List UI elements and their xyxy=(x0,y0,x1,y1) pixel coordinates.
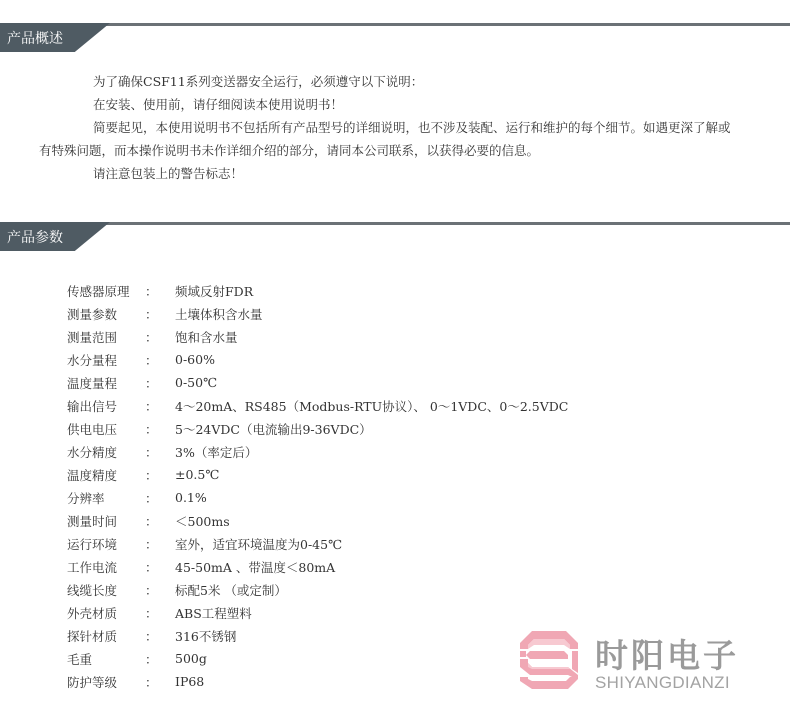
parameter-separator: ： xyxy=(143,420,175,438)
parameter-row: 工作电流：45-50mA 、带温度＜80mA xyxy=(67,555,568,578)
parameter-separator: ： xyxy=(143,466,175,484)
parameter-row: 供电电压：5～24VDC（电流输出9-36VDC） xyxy=(67,417,568,440)
parameter-value: 频域反射FDR xyxy=(175,282,253,300)
parameter-value: ABS工程塑料 xyxy=(175,604,252,622)
parameter-label: 传感器原理 xyxy=(67,282,143,300)
header-rule xyxy=(0,23,790,26)
parameter-label: 测量时间 xyxy=(67,512,143,530)
parameter-separator: ： xyxy=(143,443,175,461)
parameter-row: 水分量程：0-60% xyxy=(67,348,568,371)
parameter-value: 45-50mA 、带温度＜80mA xyxy=(175,558,335,576)
parameter-value: 5～24VDC（电流输出9-36VDC） xyxy=(175,420,372,438)
parameter-label: 分辨率 xyxy=(67,489,143,507)
parameter-value: IP68 xyxy=(175,674,204,689)
overview-paragraph: 请注意包装上的警告标志！ xyxy=(66,162,734,185)
parameter-value: 饱和含水量 xyxy=(175,328,238,346)
parameter-label: 水分量程 xyxy=(67,351,143,369)
parameter-value: 土壤体积含水量 xyxy=(175,305,263,323)
parameter-separator: ： xyxy=(143,673,175,691)
parameter-separator: ： xyxy=(143,604,175,622)
overview-paragraph: 在安装、使用前，请仔细阅读本使用说明书！ xyxy=(66,93,734,116)
parameter-separator: ： xyxy=(143,581,175,599)
section-title: 产品参数 xyxy=(7,227,63,247)
parameter-label: 测量参数 xyxy=(67,305,143,323)
parameter-label: 毛重 xyxy=(67,650,143,668)
parameter-row: 温度量程：0-50℃ xyxy=(67,371,568,394)
parameter-value: ＜500ms xyxy=(175,512,230,530)
parameter-separator: ： xyxy=(143,282,175,300)
parameter-label: 温度量程 xyxy=(67,374,143,392)
parameter-value: 0.1% xyxy=(175,490,207,505)
parameter-separator: ： xyxy=(143,535,175,553)
parameter-value: 4～20mA、RS485（Modbus-RTU协议）、 0～1VDC、0～2.5… xyxy=(175,397,568,415)
logo-s-icon xyxy=(518,629,580,691)
parameter-row: 分辨率：0.1% xyxy=(67,486,568,509)
parameter-label: 测量范围 xyxy=(67,328,143,346)
parameter-label: 温度精度 xyxy=(67,466,143,484)
parameter-row: 探针材质：316不锈钢 xyxy=(67,624,568,647)
parameter-value: 标配5米 （或定制） xyxy=(175,581,287,599)
parameter-row: 外壳材质：ABS工程塑料 xyxy=(67,601,568,624)
parameter-separator: ： xyxy=(143,489,175,507)
logo-name-cn: 时阳电子 xyxy=(595,630,739,677)
parameter-value: 316不锈钢 xyxy=(175,627,236,645)
watermark-logo: 时阳电子 SHIYANGDIANZI xyxy=(515,627,735,695)
parameter-value: 0-60% xyxy=(175,352,215,367)
parameter-row: 测量时间：＜500ms xyxy=(67,509,568,532)
parameter-label: 防护等级 xyxy=(67,673,143,691)
section-header-parameters: 产品参数 xyxy=(0,222,790,252)
parameter-separator: ： xyxy=(143,305,175,323)
parameter-label: 探针材质 xyxy=(67,627,143,645)
parameter-row: 线缆长度：标配5米 （或定制） xyxy=(67,578,568,601)
parameter-label: 外壳材质 xyxy=(67,604,143,622)
parameter-row: 测量参数：土壤体积含水量 xyxy=(67,302,568,325)
parameter-separator: ： xyxy=(143,650,175,668)
logo-name-en: SHIYANGDIANZI xyxy=(595,673,730,693)
parameter-separator: ： xyxy=(143,627,175,645)
parameter-row: 运行环境：室外，适宜环境温度为0-45℃ xyxy=(67,532,568,555)
parameter-separator: ： xyxy=(143,397,175,415)
parameter-row: 测量范围：饱和含水量 xyxy=(67,325,568,348)
parameter-row: 温度精度：±0.5℃ xyxy=(67,463,568,486)
parameter-list: 传感器原理：频域反射FDR测量参数：土壤体积含水量测量范围：饱和含水量水分量程：… xyxy=(67,279,568,693)
parameter-separator: ： xyxy=(143,558,175,576)
overview-text: 为了确保CSF11系列变送器安全运行，必须遵守以下说明： 在安装、使用前，请仔细… xyxy=(66,70,734,185)
parameter-value: 室外，适宜环境温度为0-45℃ xyxy=(175,535,342,553)
parameter-label: 水分精度 xyxy=(67,443,143,461)
parameter-row: 毛重：500g xyxy=(67,647,568,670)
parameter-separator: ： xyxy=(143,351,175,369)
parameter-label: 工作电流 xyxy=(67,558,143,576)
header-rule xyxy=(0,222,790,225)
parameter-label: 线缆长度 xyxy=(67,581,143,599)
section-title: 产品概述 xyxy=(7,28,63,48)
parameter-separator: ： xyxy=(143,328,175,346)
parameter-separator: ： xyxy=(143,374,175,392)
parameter-label: 供电电压 xyxy=(67,420,143,438)
parameter-row: 防护等级：IP68 xyxy=(67,670,568,693)
parameter-row: 传感器原理：频域反射FDR xyxy=(67,279,568,302)
parameter-value: 500g xyxy=(175,651,207,666)
parameter-row: 输出信号：4～20mA、RS485（Modbus-RTU协议）、 0～1VDC、… xyxy=(67,394,568,417)
parameter-separator: ： xyxy=(143,512,175,530)
section-header-overview: 产品概述 xyxy=(0,23,790,53)
parameter-value: 3%（率定后） xyxy=(175,443,257,461)
parameter-value: 0-50℃ xyxy=(175,375,217,390)
parameter-label: 输出信号 xyxy=(67,397,143,415)
parameter-label: 运行环境 xyxy=(67,535,143,553)
overview-paragraph: 为了确保CSF11系列变送器安全运行，必须遵守以下说明： xyxy=(66,70,734,93)
overview-paragraph: 简要起见，本使用说明书不包括所有产品型号的详细说明，也不涉及装配、运行和维护的每… xyxy=(39,116,734,162)
parameter-row: 水分精度：3%（率定后） xyxy=(67,440,568,463)
parameter-value: ±0.5℃ xyxy=(175,467,219,482)
